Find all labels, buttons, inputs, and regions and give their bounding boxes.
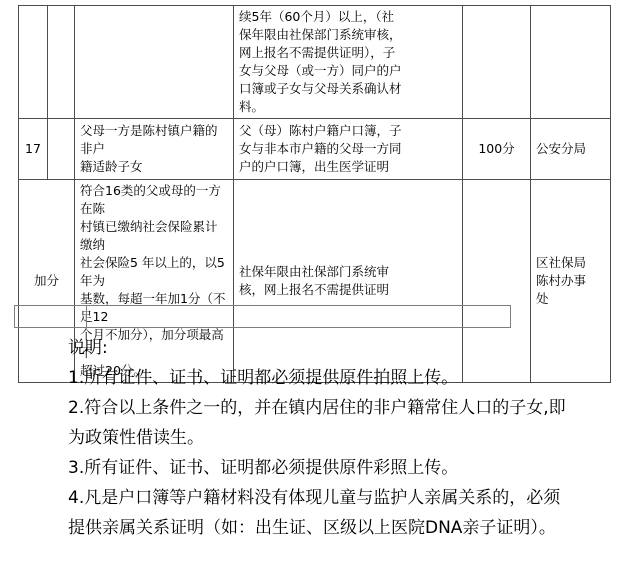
cell-department: 公安分局 [531,119,611,180]
stub-cell-right [87,306,511,328]
note-item-4: 4.凡是户口簿等户籍材料没有体现儿童与监护人亲属关系的，必须 提供亲属关系证明（… [68,483,603,543]
document-page: 续5年（60个月）以上，（社 保年限由社保部门系统审核， 网上报名不需提供证明）… [0,0,618,574]
cell-points: 100分 [463,119,531,180]
stub-row [15,306,511,328]
cell-description-empty [75,6,234,119]
cell-bonus-label: 加分 [19,180,75,383]
cell-points-empty [463,6,531,119]
cell-category-empty [48,119,75,180]
cell-no: 17 [19,119,48,180]
cell-category-empty [48,6,75,119]
note-item-1: 1.所有证件、证书、证明都必须提供原件拍照上传。 [68,363,603,393]
table-row-17: 17 父母一方是陈村镇户籍的非户 籍适龄子女 父（母）陈村户籍户口簿，子 女与非… [19,119,611,180]
note-item-3: 3.所有证件、证书、证明都必须提供原件彩照上传。 [68,453,603,483]
cell-description: 父母一方是陈村镇户籍的非户 籍适龄子女 [75,119,234,180]
cell-department-empty [531,6,611,119]
table-row-continuation: 续5年（60个月）以上，（社 保年限由社保部门系统审核， 网上报名不需提供证明）… [19,6,611,119]
stub-table [14,305,511,328]
stub-cell-left [15,306,87,328]
cell-materials: 父（母）陈村户籍户口簿，子 女与非本市户籍的父母一方同 户的户口簿，出生医学证明 [234,119,463,180]
cell-no-empty [19,6,48,119]
notes-title: 说明: [68,333,603,363]
notes-section: 说明: 1.所有证件、证书、证明都必须提供原件拍照上传。 2.符合以上条件之一的… [68,333,603,543]
cell-materials: 续5年（60个月）以上，（社 保年限由社保部门系统审核， 网上报名不需提供证明）… [234,6,463,119]
note-item-2: 2.符合以上条件之一的，并在镇内居住的非户籍常住人口的子女,即 为政策性借读生。 [68,393,603,453]
